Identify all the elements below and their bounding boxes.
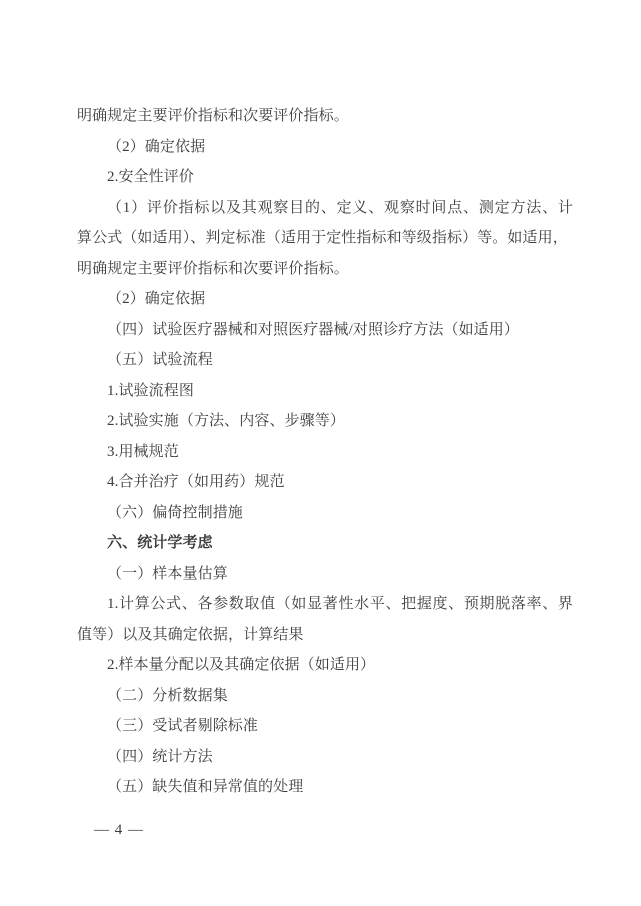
text-line: 4.合并治疗（如用药）规范 bbox=[77, 467, 573, 498]
text-line: （1）评价指标以及其观察目的、定义、观察时间点、测定方法、计 bbox=[77, 193, 573, 224]
text-line: （一）样本量估算 bbox=[77, 559, 573, 590]
text-line: 1.试验流程图 bbox=[77, 376, 573, 407]
text-line: （四）统计方法 bbox=[77, 742, 573, 773]
text-line: （2）确定依据 bbox=[77, 284, 573, 315]
document-page: 明确规定主要评价指标和次要评价指标。（2）确定依据2.安全性评价（1）评价指标以… bbox=[0, 0, 641, 906]
text-line: 明确规定主要评价指标和次要评价指标。 bbox=[77, 254, 573, 285]
text-line: （五）缺失值和异常值的处理 bbox=[77, 772, 573, 803]
text-line: 1.计算公式、各参数取值（如显著性水平、把握度、预期脱落率、界 bbox=[77, 589, 573, 620]
document-body-text: 明确规定主要评价指标和次要评价指标。（2）确定依据2.安全性评价（1）评价指标以… bbox=[77, 101, 573, 803]
text-line: 2.安全性评价 bbox=[77, 162, 573, 193]
text-line: 值等）以及其确定依据，计算结果 bbox=[77, 620, 573, 651]
text-line: （五）试验流程 bbox=[77, 345, 573, 376]
text-line: 3.用械规范 bbox=[77, 437, 573, 468]
text-line: 六、统计学考虑 bbox=[77, 528, 573, 559]
text-line: （二）分析数据集 bbox=[77, 681, 573, 712]
text-line: 算公式（如适用）、判定标准（适用于定性指标和等级指标）等。如适用， bbox=[77, 223, 573, 254]
text-line: （六）偏倚控制措施 bbox=[77, 498, 573, 529]
page-number: — 4 — bbox=[94, 819, 144, 841]
text-line: （四）试验医疗器械和对照医疗器械/对照诊疗方法（如适用） bbox=[77, 315, 573, 346]
text-line: 2.试验实施（方法、内容、步骤等） bbox=[77, 406, 573, 437]
text-line: 明确规定主要评价指标和次要评价指标。 bbox=[77, 101, 573, 132]
text-line: （2）确定依据 bbox=[77, 132, 573, 163]
text-line: （三）受试者剔除标准 bbox=[77, 711, 573, 742]
text-line: 2.样本量分配以及其确定依据（如适用） bbox=[77, 650, 573, 681]
